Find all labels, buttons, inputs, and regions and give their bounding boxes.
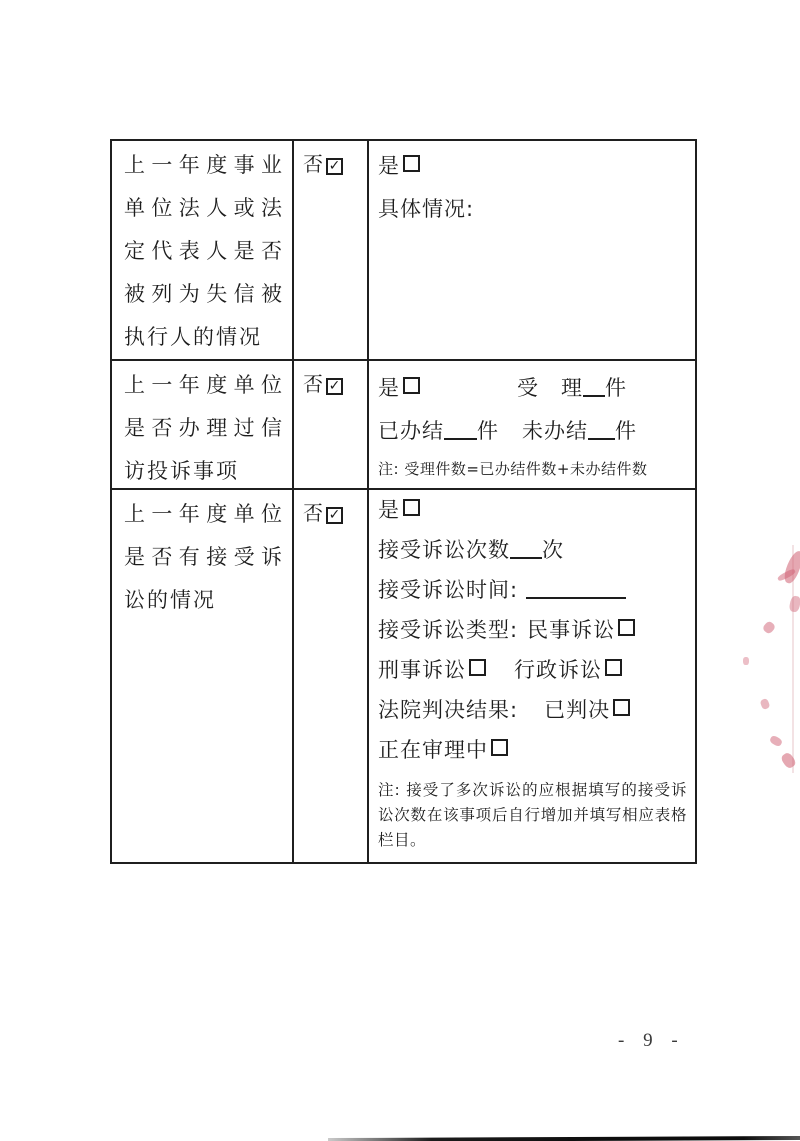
table-row: 上一年度单位是否办理过信访投诉事项 否✓ 是受 理件 已办结件未办结件 注: 受… [112,361,695,490]
unchecked-checkbox-icon[interactable] [403,155,420,172]
unclosed-label: 未办结 [522,419,588,443]
closed-unit: 件 [477,419,499,443]
checked-checkbox-icon[interactable]: ✓ [326,507,343,524]
answer-no-cell: 否✓ [294,361,369,488]
detail-label: 具体情况: [378,188,687,231]
scanned-form-page: 上一年度事业单位法人或法定代表人是否被列为失信被执行人的情况 否✓ 是 具体情况… [0,0,800,1141]
detail-cell: 是 接受诉讼次数次 接受诉讼时间: 接受诉讼类型:民事诉讼 刑事诉讼行政诉讼 法… [369,490,695,862]
closed-count-blank-field[interactable] [444,424,477,440]
table-row: 上一年度单位是否有接受诉讼的情况 否✓ 是 接受诉讼次数次 接受诉讼时间: 接受… [112,490,695,862]
verdict-in-trial-label: 正在审理中 [378,738,488,762]
page-number: - 9 - [618,1030,685,1052]
closed-label: 已办结 [378,419,444,443]
litigation-type-label: 接受诉讼类型: [378,618,518,642]
scan-edge-artifact [328,1136,800,1141]
checked-checkbox-icon[interactable]: ✓ [326,378,343,395]
no-label: 否 [303,372,323,396]
accepted-count-blank-field[interactable] [583,381,605,397]
no-label: 否 [303,501,323,525]
annual-report-form-table: 上一年度事业单位法人或法定代表人是否被列为失信被执行人的情况 否✓ 是 具体情况… [110,139,697,864]
unclosed-count-blank-field[interactable] [588,424,615,440]
question-cell-litigation: 上一年度单位是否有接受诉讼的情况 [112,490,294,862]
administrative-litigation-label: 行政诉讼 [514,658,602,682]
seal-fragment-icon [762,620,777,635]
yes-label: 是 [378,498,400,522]
seal-fragment-icon [788,595,800,613]
yes-label: 是 [378,154,400,178]
unchecked-checkbox-icon[interactable] [613,699,630,716]
seal-fragment-icon [769,735,783,748]
yes-label: 是 [378,376,400,400]
accepted-unit: 件 [605,376,627,400]
detail-cell: 是受 理件 已办结件未办结件 注: 受理件数=已办结件数+未办结件数 [369,361,695,488]
question-cell-petition: 上一年度单位是否办理过信访投诉事项 [112,361,294,488]
criminal-litigation-label: 刑事诉讼 [378,658,466,682]
detail-cell: 是 具体情况: [369,141,695,359]
seal-fragment-icon [760,698,771,710]
unchecked-checkbox-icon[interactable] [618,619,635,636]
litigation-note: 注: 接受了多次诉讼的应根据填写的接受诉讼次数在该事项后自行增加并填写相应表格栏… [378,778,687,853]
checked-checkbox-icon[interactable]: ✓ [326,158,343,175]
verdict-label: 法院判决结果: [378,698,518,722]
verdict-decided-label: 已判决 [544,698,610,722]
petition-note: 注: 受理件数=已办结件数+未办结件数 [378,456,687,482]
unchecked-checkbox-icon[interactable] [469,659,486,676]
answer-no-cell: 否✓ [294,141,369,359]
unchecked-checkbox-icon[interactable] [605,659,622,676]
accepted-label: 受 理 [517,376,583,400]
question-cell-dishonest-executee: 上一年度事业单位法人或法定代表人是否被列为失信被执行人的情况 [112,141,294,359]
litigation-count-blank-field[interactable] [510,543,542,559]
litigation-count-label: 接受诉讼次数 [378,538,510,562]
seal-fragment-icon [743,657,749,665]
table-row: 上一年度事业单位法人或法定代表人是否被列为失信被执行人的情况 否✓ 是 具体情况… [112,141,695,361]
litigation-time-blank-field[interactable] [526,583,626,599]
unchecked-checkbox-icon[interactable] [491,739,508,756]
unchecked-checkbox-icon[interactable] [403,377,420,394]
unchecked-checkbox-icon[interactable] [403,499,420,516]
civil-litigation-label: 民事诉讼 [527,618,615,642]
litigation-count-unit: 次 [542,538,564,562]
answer-no-cell: 否✓ [294,490,369,862]
no-label: 否 [303,152,323,176]
seal-fragment-icon [780,751,798,770]
litigation-time-label: 接受诉讼时间: [378,578,518,602]
unclosed-unit: 件 [615,419,637,443]
